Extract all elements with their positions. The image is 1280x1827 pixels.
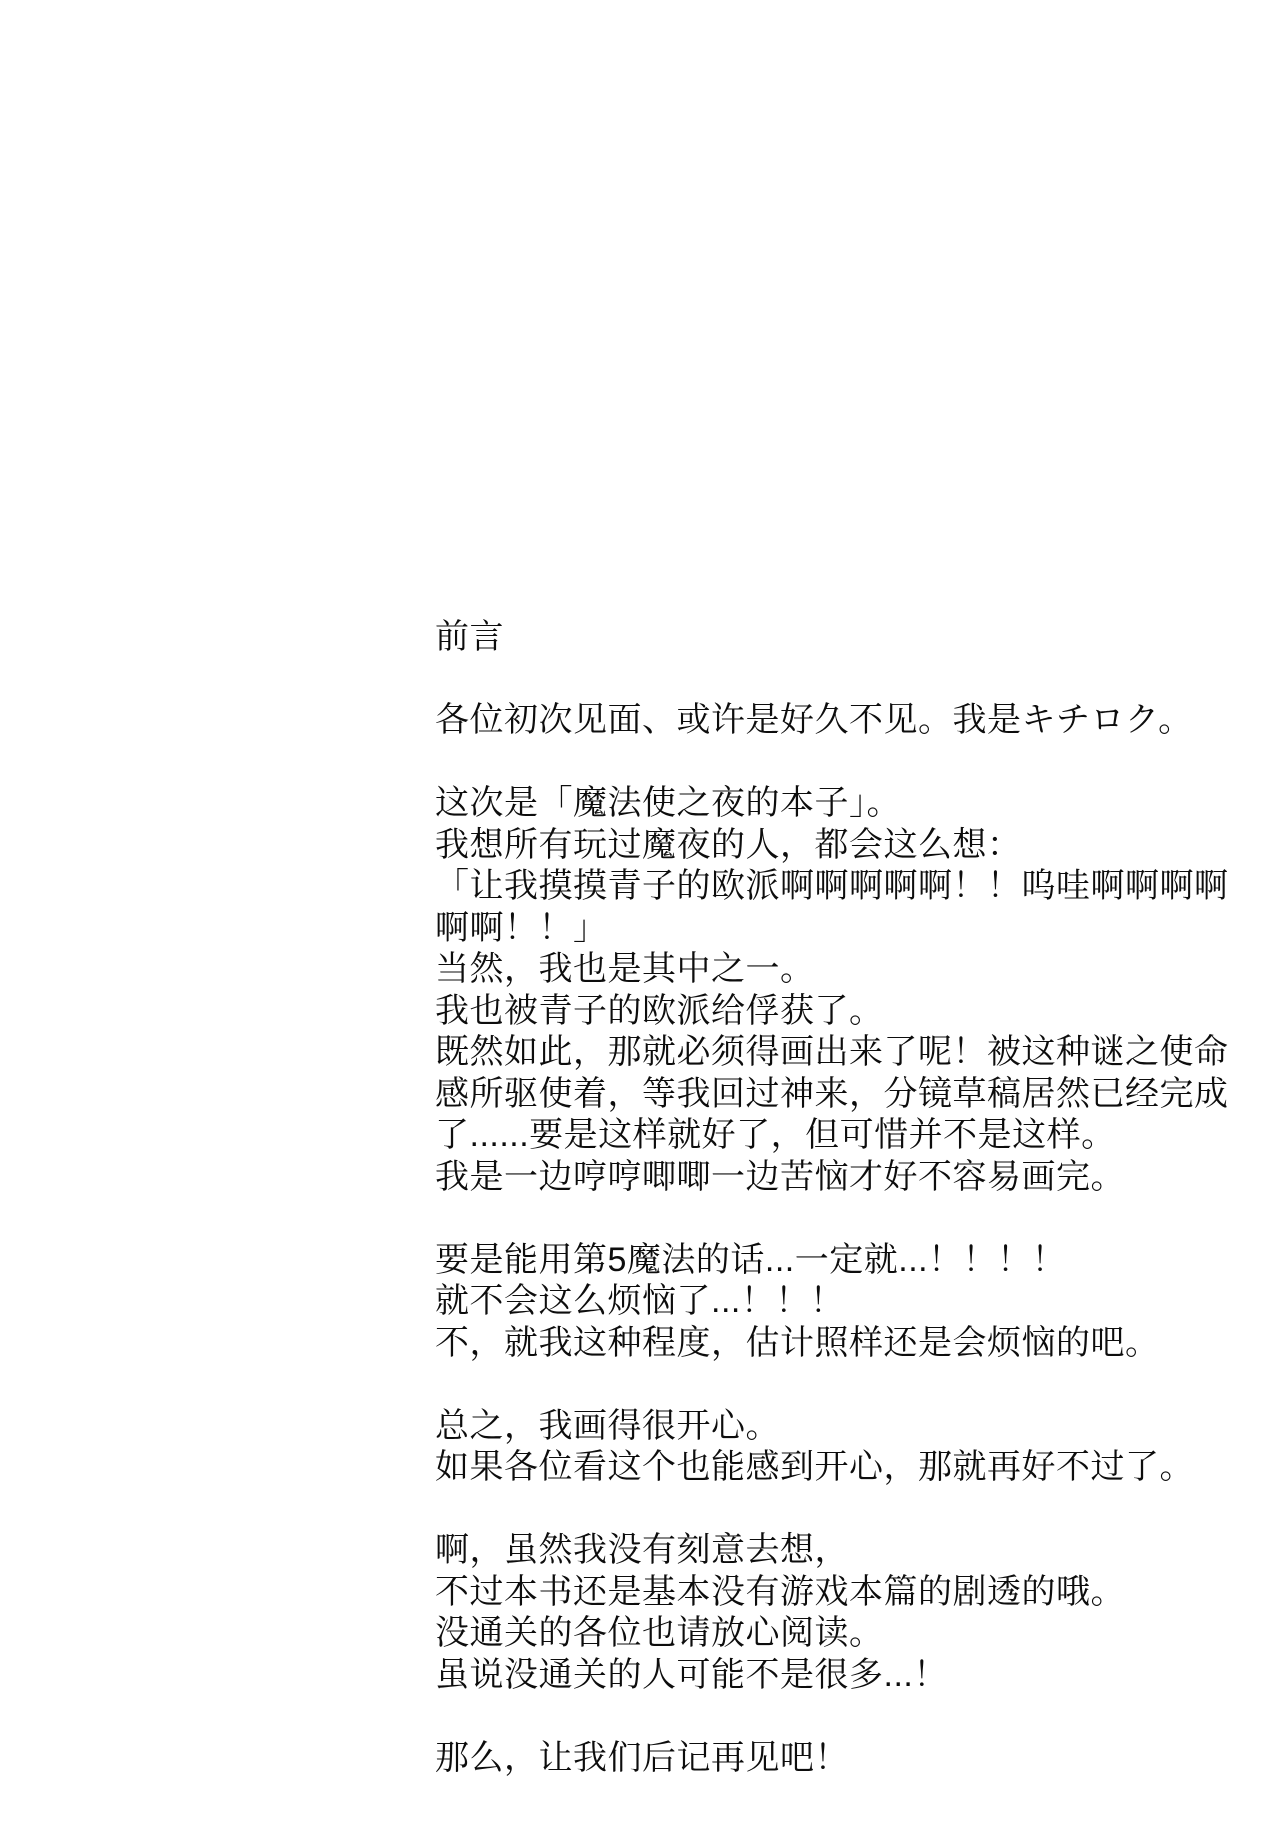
text-line: 当然，我也是其中之一。 (435, 949, 1229, 991)
text-line: 总之，我画得很开心。 (435, 1406, 1229, 1448)
text-line: 我想所有玩过魔夜的人，都会这么想： (435, 825, 1229, 867)
text-line: 不，就我这种程度，估计照样还是会烦恼的吧。 (435, 1323, 1229, 1365)
document-page: 前言 各位初次见面、或许是好久不见。我是キチロク。 这次是「魔法使之夜的本子」。… (0, 0, 1280, 1827)
text-line: 就不会这么烦恼了...！！！ (435, 1281, 1229, 1323)
blank-line (435, 1696, 1229, 1738)
text-line: 感所驱使着，等我回过神来，分镜草稿居然已经完成 (435, 1074, 1229, 1116)
text-line: 那么，让我们后记再见吧！ (435, 1738, 1229, 1780)
blank-line (435, 1489, 1229, 1531)
blank-line (435, 1198, 1229, 1240)
text-line: 啊，虽然我没有刻意去想， (435, 1530, 1229, 1572)
blank-line (435, 1364, 1229, 1406)
text-line: 啊啊！！」 (435, 908, 1229, 950)
blank-line (435, 659, 1229, 701)
text-line: 了......要是这样就好了，但可惜并不是这样。 (435, 1115, 1229, 1157)
text-line: 这次是「魔法使之夜的本子」。 (435, 783, 1229, 825)
text-line: 「让我摸摸青子的欧派啊啊啊啊啊！！呜哇啊啊啊啊 (435, 866, 1229, 908)
text-line: 如果各位看这个也能感到开心，那就再好不过了。 (435, 1447, 1229, 1489)
text-line: 我也被青子的欧派给俘获了。 (435, 991, 1229, 1033)
text-line: 虽说没通关的人可能不是很多...！ (435, 1655, 1229, 1697)
text-line: 要是能用第5魔法的话...一定就...！！！！ (435, 1240, 1229, 1282)
text-line: 各位初次见面、或许是好久不见。我是キチロク。 (435, 700, 1229, 742)
preface-text-block: 前言 各位初次见面、或许是好久不见。我是キチロク。 这次是「魔法使之夜的本子」。… (435, 617, 1229, 1779)
text-line: 既然如此，那就必须得画出来了呢！被这种谜之使命 (435, 1032, 1229, 1074)
blank-line (435, 742, 1229, 784)
text-line: 前言 (435, 617, 1229, 659)
text-line: 我是一边哼哼唧唧一边苦恼才好不容易画完。 (435, 1157, 1229, 1199)
text-line: 没通关的各位也请放心阅读。 (435, 1613, 1229, 1655)
text-line: 不过本书还是基本没有游戏本篇的剧透的哦。 (435, 1572, 1229, 1614)
